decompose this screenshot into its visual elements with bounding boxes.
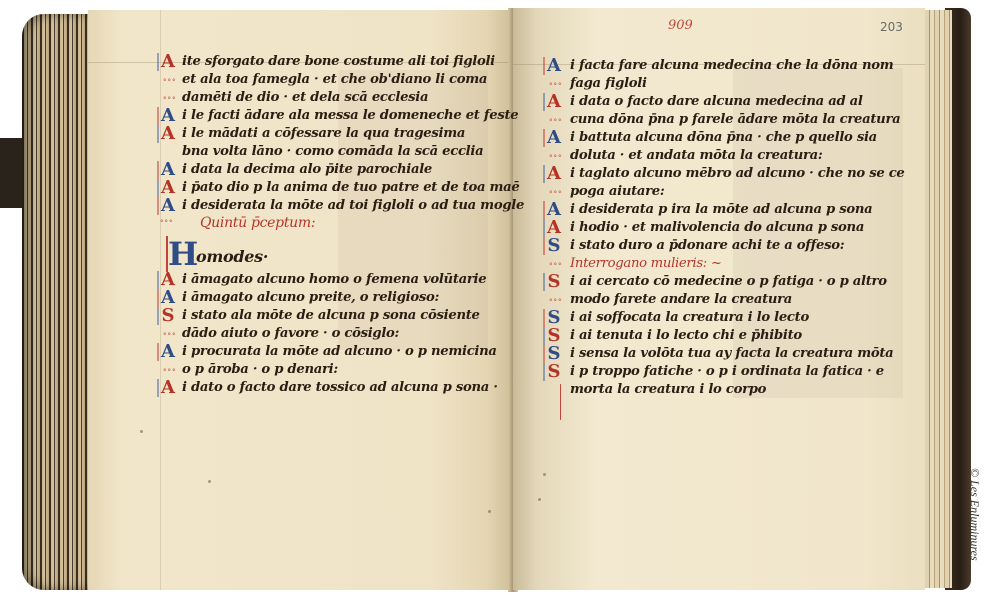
pen-flourish-dots: °°° — [549, 153, 563, 163]
text-line: i ai cercato cō medecine o p fatiga · o … — [570, 273, 887, 291]
decorated-initial: S — [546, 363, 562, 381]
decorated-initial: A — [160, 197, 176, 215]
text-line: i battuta alcuna dōna p̄na · che p quell… — [570, 129, 877, 147]
pen-flourish-dots: °°° — [163, 95, 177, 105]
decorated-initial: A — [160, 379, 176, 397]
text-line: i desiderata p ira la mōte ad alcuna p s… — [570, 201, 872, 219]
text-line: modo farete andare la creatura — [570, 291, 792, 309]
pen-flourish-dots: °°° — [163, 331, 177, 341]
pen-flourish-dots: °°° — [549, 117, 563, 127]
text-line: i āmagato alcuno homo o femena volūtarie — [182, 271, 486, 289]
text-line: o p āroba · o p denari: — [182, 361, 338, 379]
rubric-heading: Quintū p̄ceptum: — [200, 214, 315, 232]
decorated-initial: A — [160, 343, 176, 361]
decorated-initial: A — [546, 129, 562, 147]
pen-flourish-dots: °°° — [549, 189, 563, 199]
foxing-spot — [140, 430, 143, 433]
text-line: i data o facto dare alcuna medecina ad a… — [570, 93, 863, 111]
text-line: i taglato alcuno mēbro ad alcuno · che n… — [570, 165, 905, 183]
text-line: i desiderata la mōte ad toi figloli o ad… — [182, 197, 524, 215]
pen-flourish-dots: °°° — [163, 367, 177, 377]
decorated-initial: S — [546, 237, 562, 255]
manuscript-photo: A ite sforgato dare bone costume ali toi… — [0, 0, 1003, 600]
decorated-initial: A — [546, 93, 562, 111]
foxing-spot — [543, 473, 546, 476]
text-line: cuna dōna p̄na p farele ādare mōta la cr… — [570, 111, 900, 129]
text-line: i procurata la mōte ad alcuno · o p nemi… — [182, 343, 497, 361]
folio-number-red: 909 — [668, 18, 693, 33]
copyright-watermark: © Les Enluminures — [967, 468, 982, 561]
rubric-heading: Interrogano mulieris: ~ — [570, 255, 722, 273]
text-line: i stato duro a p̄donare achi te a offeso… — [570, 237, 844, 255]
text-line: et ala toa famegla · et che ob'diano li … — [182, 71, 487, 89]
text-line: i dato o facto dare tossico ad alcuna p … — [182, 379, 498, 397]
foxing-spot — [538, 498, 541, 501]
text-line: doluta · et andata mōta la creatura: — [570, 147, 823, 165]
text-line: dādo aiuto o favore · o cōsiglo: — [182, 325, 399, 343]
text-line: i le facti ādare ala messa le domeneche … — [182, 107, 518, 125]
text-line: i le mādati a cōfessare la qua tragesima — [182, 125, 465, 143]
text-line: bna volta lāno · como comāda la scā eccl… — [182, 143, 483, 161]
text-line: ite sforgato dare bone costume ali toi f… — [182, 53, 495, 71]
text-line: i stato ala mōte de alcuna p sona cōsien… — [182, 307, 480, 325]
pen-flourish-dots: °°° — [549, 297, 563, 307]
page-stack-left — [22, 14, 92, 590]
text-line: i facta fare alcuna medecina che la dōna… — [570, 57, 893, 75]
decorated-initial: A — [160, 125, 176, 143]
pen-flourish-dots: °°° — [163, 77, 177, 87]
section-heading: omodes· — [196, 248, 268, 266]
decorated-initial: S — [546, 273, 562, 291]
pen-flourish-dots: °°° — [549, 261, 563, 271]
text-line: i p troppo fatiche · o p i ordinata la f… — [570, 363, 884, 381]
decorated-initial: A — [160, 53, 176, 71]
text-line: i āmagato alcuno preite, o religioso: — [182, 289, 439, 307]
text-line: faga figloli — [570, 75, 647, 93]
folio-number-pencil: 203 — [880, 20, 903, 34]
text-line: i hodio · et malivolencia do alcuna p so… — [570, 219, 864, 237]
text-line: i data la decima alo p̄ite parochiale — [182, 161, 432, 179]
pen-flourish-dots: °°° — [549, 81, 563, 91]
text-line: i p̄ato dio p la anima de tuo patre et d… — [182, 179, 520, 197]
text-line: poga aiutare: — [570, 183, 664, 201]
decorated-initial: S — [160, 307, 176, 325]
pen-flourish-tail — [560, 384, 561, 420]
pen-flourish-dots: °°° — [160, 218, 174, 228]
text-line: i sensa la volōta tua ay facta la creatu… — [570, 345, 893, 363]
text-line: damēti de dio · et dela scā ecclesia — [182, 89, 428, 107]
foxing-spot — [488, 510, 491, 513]
text-line: morta la creatura i lo corpo — [570, 381, 766, 399]
text-line: i ai soffocata la creatura i lo lecto — [570, 309, 809, 327]
foxing-spot — [208, 480, 211, 483]
decorated-initial: A — [546, 57, 562, 75]
decorated-initial: A — [546, 165, 562, 183]
text-line: i ai tenuta i lo lecto chi e p̄hibito — [570, 327, 802, 345]
decorated-initial-large: H — [166, 236, 192, 272]
